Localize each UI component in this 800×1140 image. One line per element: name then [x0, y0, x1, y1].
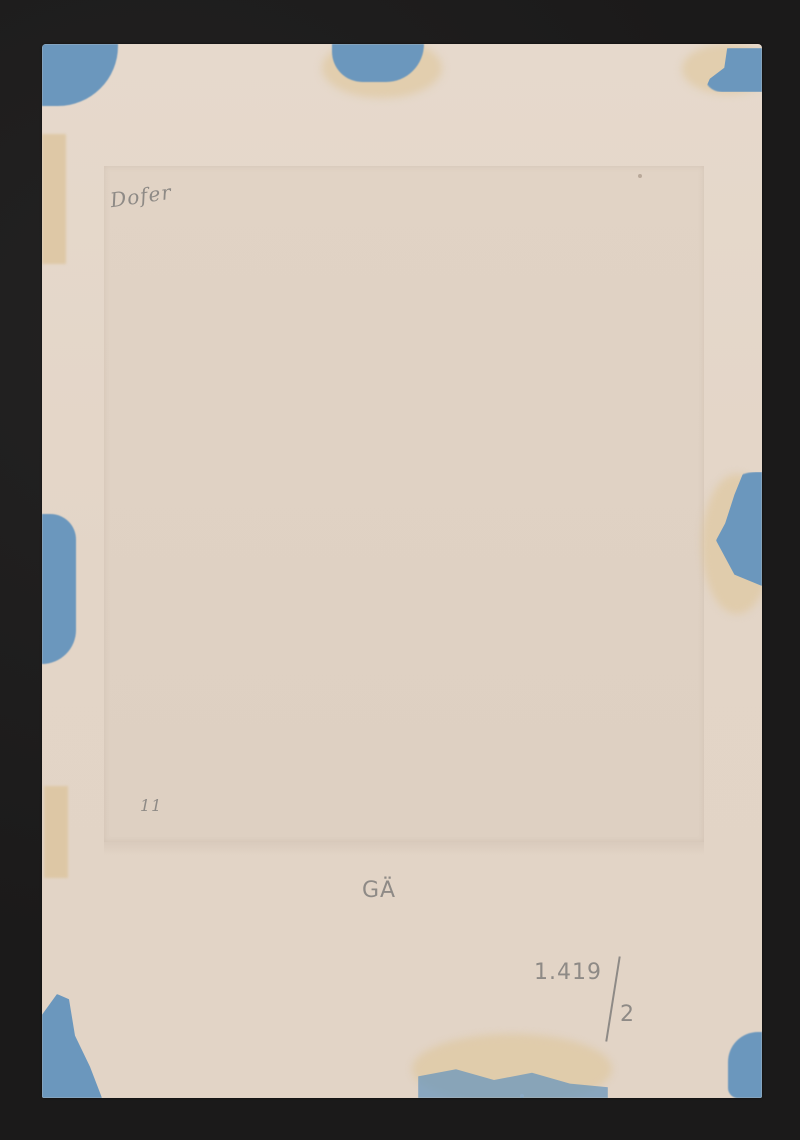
- blue-remnant-left-middle: [42, 514, 76, 664]
- plate-mark: [104, 166, 704, 842]
- blue-remnant-top-left: [42, 44, 118, 106]
- tape-stain-left-lower: [44, 786, 68, 878]
- plate-mark-edge: [104, 842, 704, 856]
- blue-remnant-bottom-right: [728, 1032, 762, 1098]
- left-mark-annotation: 11: [140, 796, 162, 815]
- tape-stain-left-upper: [42, 134, 66, 264]
- blue-remnant-bottom-left: [42, 994, 102, 1098]
- inventory-number: 1.419: [534, 960, 602, 985]
- foxing-spot: [638, 174, 642, 178]
- center-mark-annotation: GÄ: [362, 878, 396, 903]
- foxing-spot: [520, 1094, 524, 1098]
- inventory-suffix: 2: [620, 1002, 635, 1027]
